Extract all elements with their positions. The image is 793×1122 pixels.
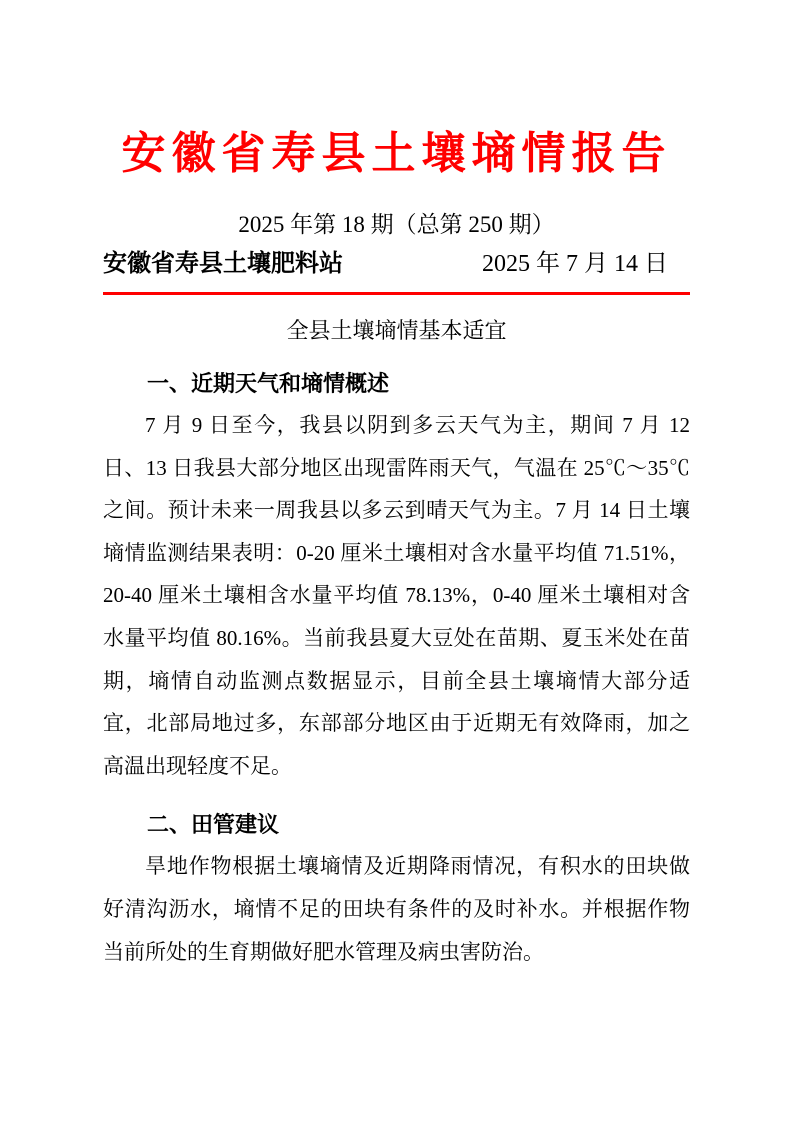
- document-page: 安徽省寿县土壤墒情报告 2025 年第 18 期（总第 250 期） 安徽省寿县…: [0, 0, 793, 1122]
- issue-number-line: 2025 年第 18 期（总第 250 期）: [103, 210, 690, 240]
- section-heading-weather-overview: 一、近期天气和墒情概述: [103, 368, 690, 400]
- paragraph-field-management-advice: 旱地作物根据土壤墒情及近期降雨情况，有积水的田块做好清沟沥水，墒情不足的田块有条…: [103, 845, 690, 973]
- document-subtitle: 全县土壤墒情基本适宜: [103, 316, 690, 346]
- section-heading-field-management-advice: 二、田管建议: [103, 809, 690, 841]
- paragraph-weather-overview: 7 月 9 日至今，我县以阴到多云天气为主，期间 7 月 12 日、13 日我县…: [103, 404, 690, 787]
- red-divider-rule: [103, 292, 690, 295]
- report-title: 安徽省寿县土壤墒情报告: [103, 130, 690, 178]
- issuing-agency: 安徽省寿县土壤肥料站: [103, 248, 343, 280]
- report-date: 2025 年 7 月 14 日: [482, 248, 668, 280]
- meta-row: 安徽省寿县土壤肥料站 2025 年 7 月 14 日: [103, 248, 690, 280]
